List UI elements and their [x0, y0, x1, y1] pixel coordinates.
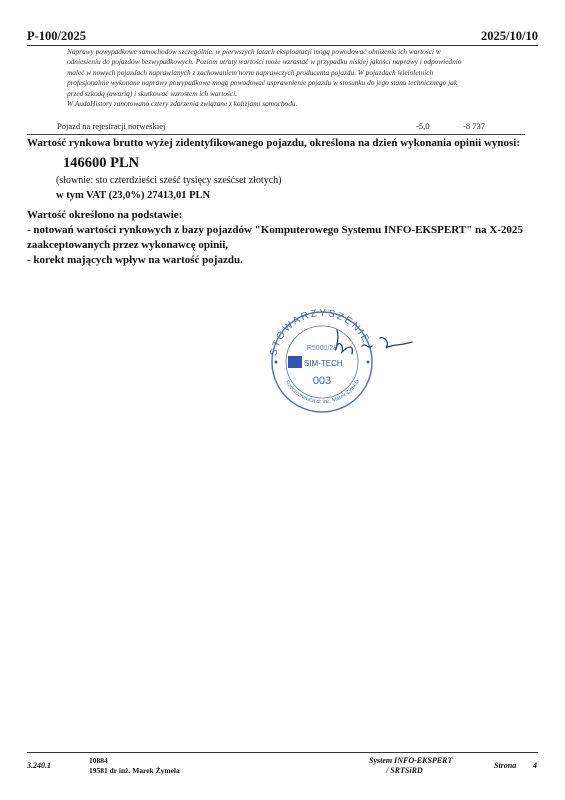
software-version: 3.240.1 — [27, 761, 51, 770]
vat-amount: w tym VAT (23,0%) 27413,01 PLN — [56, 188, 527, 203]
stamp-brand: SIM-TECH — [304, 359, 343, 368]
footer-divider — [27, 752, 538, 753]
stamp-number: R5000/28 — [307, 345, 337, 352]
note-paragraph: Naprawy powypadkowe samochodów szczególn… — [67, 47, 467, 99]
basis-title: Wartość określono na podstawie: — [27, 208, 527, 223]
system-name-line2: / SRTSiRD — [386, 766, 423, 775]
signature-icon — [336, 330, 412, 354]
expert-id: 19581 dr inż. Marek Żymela — [89, 766, 180, 775]
official-stamp-with-signature: STOWARZYSZENIE Rzeczoznawca dr inż. Mare… — [262, 300, 432, 425]
page-label: Strona — [494, 761, 516, 770]
correction-amount: -8 737 — [463, 121, 485, 131]
simtech-logo-icon — [288, 356, 302, 368]
document-number: P-100/2025 — [27, 29, 86, 44]
correction-label: Pojazd na rejestracji norweskiej — [57, 121, 165, 131]
table-divider — [27, 134, 525, 135]
note-paragraph: W AudaHistory zanotowano cztery zdarzeni… — [67, 99, 467, 109]
page-number: 4 — [533, 761, 537, 770]
valuation-section: Wartość rynkowa brutto wyżej zidentyfiko… — [27, 136, 527, 268]
accident-note: Naprawy powypadkowe samochodów szczególn… — [67, 47, 467, 109]
valuation-intro: Wartość rynkowa brutto wyżej zidentyfiko… — [27, 136, 527, 151]
value-in-words: (słownie: sto czterdzieści sześć tysięcy… — [56, 174, 527, 188]
footer-id: 10884 — [89, 756, 108, 765]
system-name: System INFO-EKSPERT — [369, 756, 452, 765]
document-date: 2025/10/10 — [481, 29, 538, 44]
basis-item: - korekt mających wpływ na wartość pojaz… — [27, 253, 527, 268]
header-divider — [27, 45, 538, 46]
market-value: 146600 PLN — [63, 152, 527, 174]
basis-section: Wartość określono na podstawie: - notowa… — [27, 208, 527, 268]
correction-percent: -5,0 — [416, 121, 429, 131]
stamp-code: 003 — [313, 375, 331, 387]
basis-item: - notowań wartości rynkowych z bazy poja… — [27, 223, 527, 253]
